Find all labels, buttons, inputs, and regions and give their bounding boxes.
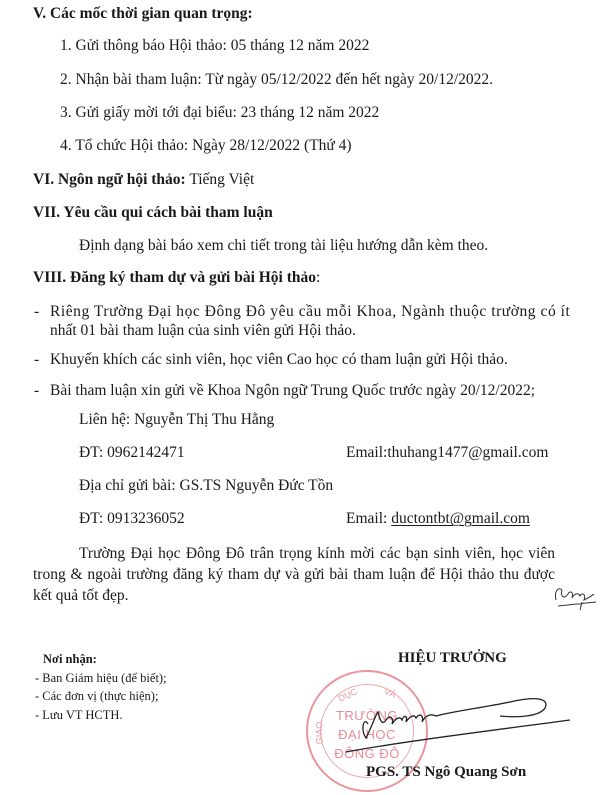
- timeline-item-2: 2. Nhận bài tham luận: Từ ngày 05/12/202…: [60, 71, 493, 89]
- contact-1-phone: ĐT: 0962142471: [79, 444, 185, 462]
- signer-name: PGS. TS Ngô Quang Sơn: [366, 764, 526, 781]
- closing-paragraph: Trường Đại học Đông Đô trân trọng kính m…: [33, 543, 555, 606]
- bullet-marker: -: [34, 303, 39, 321]
- section-vi-heading: VI. Ngôn ngữ hội thảo:: [33, 171, 186, 188]
- handwritten-signature-icon: [340, 690, 580, 760]
- timeline-item-4: 4. Tổ chức Hội thảo: Ngày 28/12/2022 (Th…: [60, 137, 352, 155]
- contact-2-email-link[interactable]: ductontbt@gmail.com: [391, 510, 530, 527]
- section-vii-heading: VII. Yêu cầu qui cách bài tham luận: [33, 204, 273, 222]
- section-viii-heading-suffix: :: [316, 269, 320, 286]
- timeline-item-3: 3. Gửi giấy mời tới đại biểu: 23 tháng 1…: [60, 104, 379, 122]
- section-vi-value: Tiếng Việt: [186, 171, 255, 188]
- bullet-marker: -: [34, 351, 39, 369]
- initials-signature-icon: [552, 582, 598, 612]
- section-viii-heading: VIII. Đăng ký tham dự và gửi bài Hội thả…: [33, 269, 316, 286]
- bullet-marker: -: [34, 382, 39, 400]
- bullet-3: Bài tham luận xin gửi về Khoa Ngôn ngữ T…: [50, 382, 535, 400]
- contact-2-phone: ĐT: 0913236052: [79, 510, 185, 528]
- signature-title: HIỆU TRƯỞNG: [398, 650, 507, 667]
- contact-1-label: Liên hệ: Nguyễn Thị Thu Hằng: [79, 411, 274, 429]
- contact-2-label: Địa chỉ gửi bài: GS.TS Nguyễn Đức Tồn: [79, 477, 333, 495]
- section-v-heading: V. Các mốc thời gian quan trọng:: [33, 5, 253, 23]
- recipient-item-3: - Lưu VT HCTH.: [35, 708, 123, 723]
- recipient-item-2: - Các đơn vị (thực hiện);: [35, 689, 158, 704]
- section-vi: VI. Ngôn ngữ hội thảo: Tiếng Việt: [33, 171, 254, 189]
- recipients-heading: Nơi nhận:: [43, 652, 97, 667]
- bullet-1-line-2: nhất 01 bài tham luận của sinh viên gửi …: [50, 322, 356, 340]
- timeline-item-1: 1. Gửi thông báo Hội thảo: 05 tháng 12 n…: [60, 37, 369, 55]
- recipient-item-1: - Ban Giám hiệu (để biết);: [35, 671, 167, 686]
- section-viii: VIII. Đăng ký tham dự và gửi bài Hội thả…: [33, 269, 320, 287]
- contact-2-email-label: Email:: [346, 510, 391, 527]
- contact-1-email[interactable]: Email:thuhang1477@gmail.com: [346, 444, 548, 462]
- contact-2-email-row: Email: ductontbt@gmail.com: [346, 510, 530, 528]
- section-vii-body: Định dạng bài báo xem chi tiết trong tài…: [79, 237, 488, 255]
- bullet-1-line-1: Riêng Trường Đại học Đông Đô yêu cầu mỗi…: [50, 303, 570, 321]
- bullet-2: Khuyến khích các sinh viên, học viên Cao…: [50, 351, 508, 369]
